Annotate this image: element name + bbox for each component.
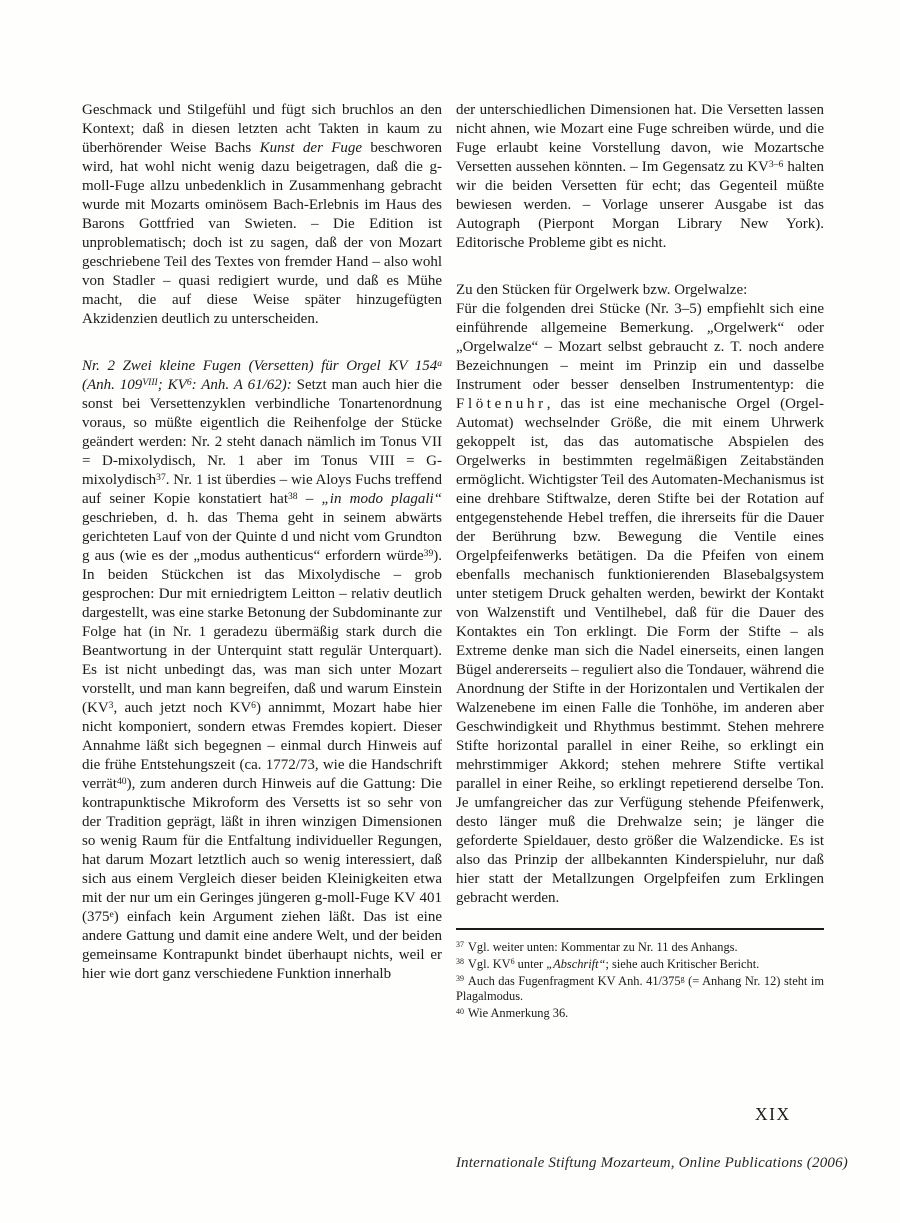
footnote-37-marker: 37 xyxy=(456,940,464,949)
footnote-38-marker: 38 xyxy=(456,957,464,966)
text-run: 6 xyxy=(251,700,256,711)
text-run: 6 xyxy=(511,957,515,966)
text-run: Nr. 2 Zwei kleine Fugen (Versetten) für … xyxy=(82,358,437,374)
text-run: Vgl. KV xyxy=(468,957,511,971)
text-run: ) einfach kein Argument ziehen läßt. Das… xyxy=(82,909,442,982)
footnote-39-marker: 39 xyxy=(456,974,464,983)
section-heading-orgelwerk-orgelwalze: Zu den Stücken für Orgelwerk bzw. Orgelw… xyxy=(456,281,824,300)
publication-footer: Internationale Stiftung Mozarteum, Onlin… xyxy=(456,1155,848,1172)
left-text-column: Geschmack und Stilgefühl und fügt sich b… xyxy=(82,101,442,984)
text-run: Auch das Fugenfragment KV Anh. 41/375 xyxy=(468,974,681,988)
text-run: Wie Anmerkung 36. xyxy=(468,1006,568,1020)
text-run: , das ist eine mechanische Orgel (Orgel-… xyxy=(456,396,824,906)
text-run: VIII xyxy=(142,377,157,388)
footnote-40-marker: 40 xyxy=(456,1007,464,1016)
text-run: ; KV xyxy=(158,377,187,393)
text-run: „Abschrift“ xyxy=(546,957,605,971)
footnote-38: 38Vgl. KV6 unter „Abschrift“; siehe auch… xyxy=(456,957,824,973)
scanned-document-page: Geschmack und Stilgefühl und fügt sich b… xyxy=(0,0,900,1223)
paragraph-versetten-echtheit: der unterschiedlichen Dimensionen hat. D… xyxy=(456,101,824,253)
text-run: e xyxy=(110,909,114,920)
text-run: g xyxy=(681,974,685,983)
text-run: ; siehe auch Kritischer Bericht. xyxy=(605,957,759,971)
footnote-40-text: Wie Anmerkung 36. xyxy=(468,1006,568,1020)
text-run: „in modo plagali“ xyxy=(321,491,442,507)
text-run: geschrieben, d. h. das Thema geht in sei… xyxy=(82,510,442,564)
footnote-39: 39Auch das Fugenfragment KV Anh. 41/375g… xyxy=(456,974,824,1006)
text-run: 37 xyxy=(156,472,166,483)
right-text-column: der unterschiedlichen Dimensionen hat. D… xyxy=(456,101,824,1023)
text-run: – xyxy=(298,491,322,507)
paragraph-continuation-g-moll-fuge: Geschmack und Stilgefühl und fügt sich b… xyxy=(82,101,442,329)
text-run: Für die folgenden drei Stücke (Nr. 3–5) … xyxy=(456,301,824,393)
text-run: 38 xyxy=(288,491,298,502)
text-run: unter xyxy=(515,957,547,971)
text-run: 39 xyxy=(424,548,434,559)
page-number: XIX xyxy=(755,1104,791,1125)
footnote-38-text: Vgl. KV6 unter „Abschrift“; siehe auch K… xyxy=(468,957,759,971)
text-run: 6 xyxy=(187,377,192,388)
paragraph-nr2-zwei-kleine-fugen: Nr. 2 Zwei kleine Fugen (Versetten) für … xyxy=(82,357,442,984)
footnote-separator-rule xyxy=(456,928,824,930)
text-run: : Anh. A 61/62): xyxy=(192,377,292,393)
paragraph-floetenuhr-beschreibung: Für die folgenden drei Stücke (Nr. 3–5) … xyxy=(456,300,824,908)
text-run: ). In beiden Stückchen ist das Mixolydis… xyxy=(82,548,442,716)
text-run: ), zum anderen durch Hinweis auf die Gat… xyxy=(82,776,442,925)
footnote-37: 37Vgl. weiter unten: Kommentar zu Nr. 11… xyxy=(456,940,824,956)
text-run: a xyxy=(437,358,442,369)
text-run: beschworen wird, hat wohl nicht wenig da… xyxy=(82,140,442,327)
footnote-37-text: Vgl. weiter unten: Kommentar zu Nr. 11 d… xyxy=(468,940,738,954)
text-run: 3–6 xyxy=(769,159,783,170)
footnote-40: 40Wie Anmerkung 36. xyxy=(456,1006,824,1022)
text-run: (Anh. 109 xyxy=(82,377,142,393)
text-run: 3 xyxy=(109,700,114,711)
text-run: Zu den Stücken für Orgelwerk bzw. Orgelw… xyxy=(456,282,747,298)
footnotes-block: 37Vgl. weiter unten: Kommentar zu Nr. 11… xyxy=(456,940,824,1022)
text-run: Vgl. weiter unten: Kommentar zu Nr. 11 d… xyxy=(468,940,738,954)
text-run: 40 xyxy=(117,776,127,787)
text-run: Kunst der Fuge xyxy=(260,140,362,156)
text-run: , auch jetzt noch KV xyxy=(113,700,251,716)
text-run: Flötenuhr xyxy=(456,396,547,412)
footnote-39-text: Auch das Fugenfragment KV Anh. 41/375g (… xyxy=(456,974,824,1004)
